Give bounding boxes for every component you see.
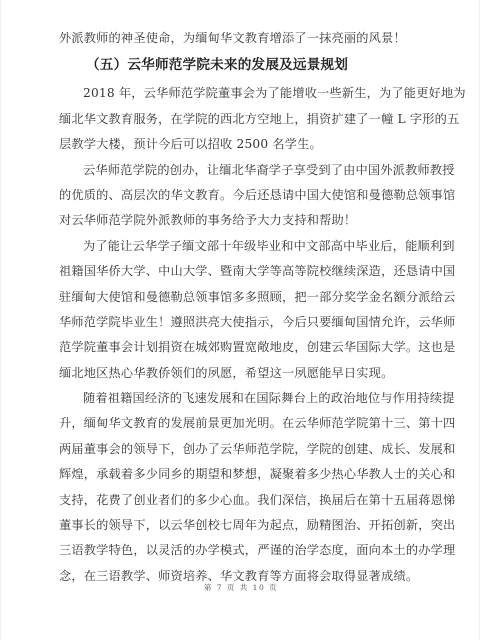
paragraph-start: 2018 年，云华师范学院董事会为了能增收一些新生，为了能更好地为: [59, 81, 423, 106]
text-line: 祖籍国华侨大学、中山大学、暨南大学等高等院校继续深造，还恳请中国: [59, 259, 423, 284]
paragraph-start: 随着祖籍国经济的飞速发展和在国际舞台上的政治地位与作用持续提: [59, 386, 423, 411]
text-line: 外派教师的神圣使命，为缅甸华文教育增添了一抹亮丽的风景！: [59, 26, 423, 51]
text-line: 缅北华文教育服务，在学院的西北方空地上，捐资扩建了一幢 L 字形的五: [59, 107, 423, 132]
text-line: 的优质的、高层次的华文教育。今后还恳请中国大使馆和曼德勒总领事馆: [59, 183, 423, 208]
document-page: 外派教师的神圣使命，为缅甸华文教育增添了一抹亮丽的风景！ （五）云华师范学院未来…: [1, 0, 479, 640]
document-body: 外派教师的神圣使命，为缅甸华文教育增添了一抹亮丽的风景！ （五）云华师范学院未来…: [59, 26, 423, 589]
text-line: 范学院董事会计划捐资在城郊购置宽敞地皮，创建云华国际大学。这也是: [59, 335, 423, 360]
text-line: 缅北地区热心华教侨领们的夙愿，希望这一夙愿能早日实现。: [59, 361, 423, 386]
text-line: 两届董事会的领导下，创办了云华师范学院，学院的创建、成长、发展和: [59, 437, 423, 462]
text-line: 董事长的领导下，以云华创校七周年为起点，励精图治、开拓创新，突出: [59, 513, 423, 538]
section-heading: （五）云华师范学院未来的发展及远景规划: [59, 51, 423, 81]
text-line: 三语教学特色，以灵活的办学模式，严谨的治学态度，面向本土的办学理: [59, 538, 423, 563]
text-line: 支持，花费了创业者们的多少心血。我们深信，换届后在第十五届蒋恩悌: [59, 488, 423, 513]
text-line: 升，缅甸华文教育的发展前景更加光明。在云华师范学院第十三、第十四: [59, 411, 423, 436]
page-number-footer: 第 7 页 共 10 页: [1, 582, 480, 593]
paragraph-start: 云华师范学院的创办，让缅北华裔学子享受到了由中国外派教师教授: [59, 158, 423, 183]
text-line: 层教学大楼，预计今后可以招收 2500 名学生。: [59, 132, 423, 157]
text-line: 辉煌，承载着多少同乡的期望和梦想，凝聚着多少热心华教人士的关心和: [59, 462, 423, 487]
text-line: 驻缅甸大使馆和曼德勒总领事馆多多照顾，把一部分奖学金名额分派给云: [59, 285, 423, 310]
paragraph-start: 为了能让云华学子缅文部十年级毕业和中文部高中毕业后，能顺利到: [59, 234, 423, 259]
text-line: 华师范学院毕业生！遵照洪亮大使指示，今后只要缅甸国情允许，云华师: [59, 310, 423, 335]
text-line: 对云华师范学院外派教师的事务给予大力支持和帮助！: [59, 208, 423, 233]
